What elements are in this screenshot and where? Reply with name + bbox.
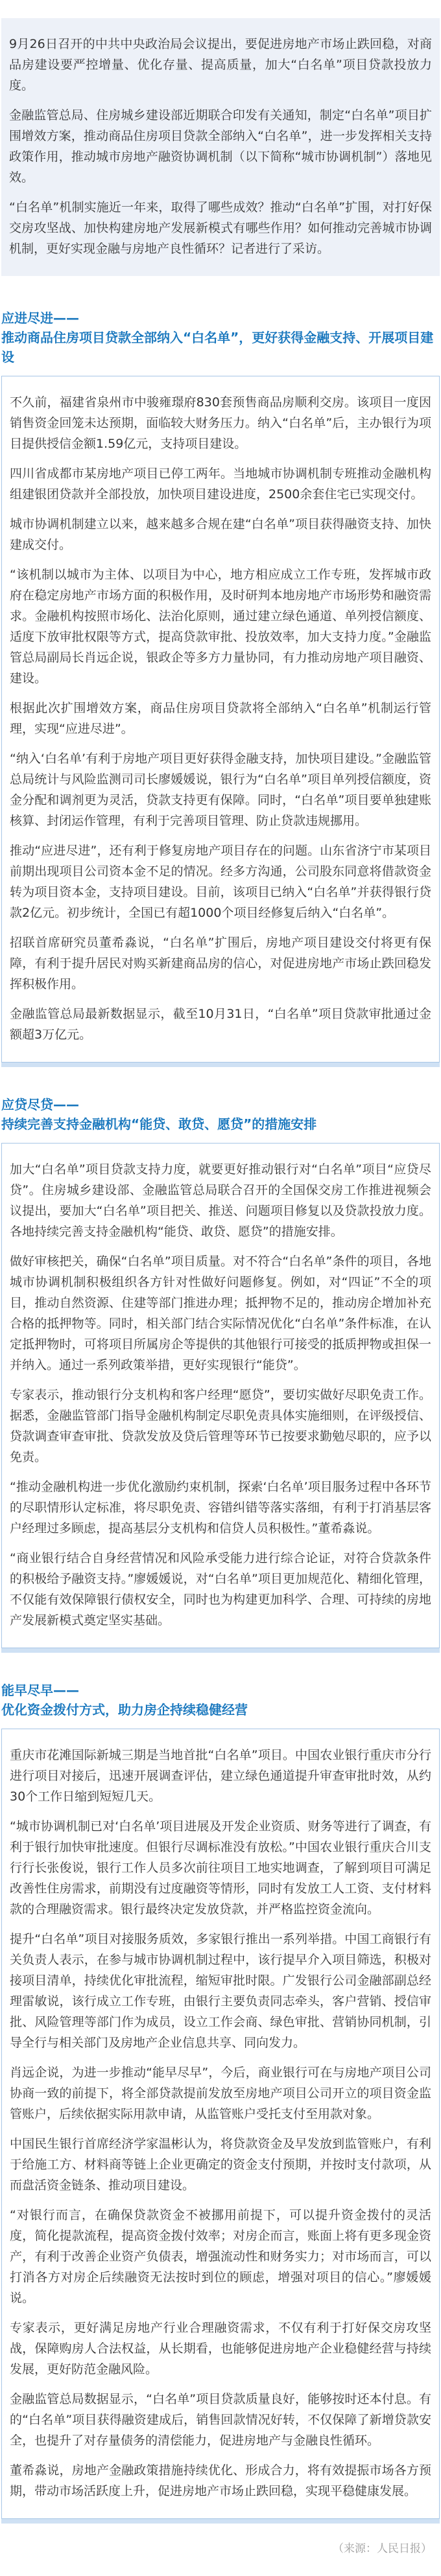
paragraph: 专家表示，推动银行分支机构和客户经理“愿贷”，要切实做好尽职免责工作。据悉，金融… [10,1385,431,1467]
paragraph: “纳入‘白名单’有利于房地产项目更好获得金融支持，加快项目建设。”金融监管总局统… [10,748,431,831]
paragraph: 推动“应进尽进”，还有利于修复房地产项目存在的问题。山东省济宁市某项目前期出现项… [10,840,431,923]
section-label: 应进尽进—— [1,308,440,328]
section-subtitle: 推动商品住房项目贷款全部纳入“白名单”，更好获得金融支持、开展项目建设 [1,328,440,367]
paragraph: “推动金融机构进一步优化激励约束机制，探索‘白名单’项目服务过程中各环节的尽职情… [10,1477,431,1539]
paragraph: 四川省成都市某房地产项目已停工两年。当地城市协调机制专班推动金融机构组建银团贷款… [10,463,431,505]
paragraph: 城市协调机制建立以来，越来越多合规在建“白名单”项目获得融资支持、加快建成交付。 [10,514,431,555]
section-nengzao: 能早尽早—— 优化资金拨付方式，助力房企持续稳健经营 重庆市花滩国际新城三期是当… [0,1681,441,2519]
source-credit: （来源：人民日报） [9,2541,432,2557]
section-label: 能早尽早—— [1,1681,440,1700]
paragraph: 金融监管总局、住房城乡建设部近期联合印发有关通知，制定“白名单”项目扩围增效方案… [9,105,432,188]
section-header: 能早尽早—— 优化资金拨付方式，助力房企持续稳健经营 [1,1681,440,1719]
article-page: 9月26日召开的中共中央政治局会议提出，要促进房地产市场止跌回稳，对商品房建设要… [0,0,441,2576]
section-yingjin: 应进尽进—— 推动商品住房项目贷款全部纳入“白名单”，更好获得金融支持、开展项目… [0,308,441,1063]
section-box: 不久前，福建省泉州市中骏雍璟府830套预售商品房顺利交房。该项目一度因销售资金回… [1,376,440,1063]
paragraph: 专家表示，更好满足房地产行业合理融资需求，不仅有利于打好保交房攻坚战，保障购房人… [10,2317,431,2380]
paragraph: 加大“白名单”项目贷款支持力度，就要更好推动银行对“白名单”项目“应贷尽贷”。住… [10,1159,431,1242]
section-box: 加大“白名单”项目贷款支持力度，就要更好推动银行对“白名单”项目“应贷尽贷”。住… [1,1143,440,1648]
intro-block: 9月26日召开的中共中央政治局会议提出，要促进房地产市场止跌回稳，对商品房建设要… [1,18,440,276]
section-header: 应进尽进—— 推动商品住房项目贷款全部纳入“白名单”，更好获得金融支持、开展项目… [1,308,440,367]
paragraph: 金融监管总局最新数据显示，截至10月31日，“白名单”项目贷款审批通过金额超3万… [10,1004,431,1045]
section-label: 应贷尽贷—— [1,1095,440,1114]
section-subtitle: 持续完善支持金融机构“能贷、敢贷、愿贷”的措施安排 [1,1114,440,1134]
paragraph: 不久前，福建省泉州市中骏雍璟府830套预售商品房顺利交房。该项目一度因销售资金回… [10,392,431,454]
paragraph: 根据此次扩围增效方案，商品住房项目贷款将全部纳入“白名单”机制运行管理，实现“应… [10,698,431,739]
section-header: 应贷尽贷—— 持续完善支持金融机构“能贷、敢贷、愿贷”的措施安排 [1,1095,440,1134]
paragraph: 做好审核把关，确保“白名单”项目质量。对不符合“白名单”条件的项目，各地城市协调… [10,1251,431,1375]
section-yingdai: 应贷尽贷—— 持续完善支持金融机构“能贷、敢贷、愿贷”的措施安排 加大“白名单”… [0,1095,441,1648]
paragraph: “该机制以城市为主体、以项目为中心，地方相应成立工作专班，发挥城市政府在稳定房地… [10,564,431,689]
paragraph: 中国民生银行首席经济学家温彬认为，将贷款资金及早发放到监管账户，有利于给施工方、… [10,2133,431,2196]
section-box: 重庆市花滩国际新城三期是当地首批“白名单”项目。中国农业银行重庆市分行进行项目对… [1,1729,440,2519]
paragraph: 9月26日召开的中共中央政治局会议提出，要促进房地产市场止跌回稳，对商品房建设要… [9,34,432,96]
paragraph: “商业银行结合自身经营情况和风险承受能力进行综合论证，对符合贷款条件的积极给予融… [10,1548,431,1631]
paragraph: 董希淼说，房地产金融政策措施持续优化、形成合力，将有效提振市场各方预期，带动市场… [10,2460,431,2501]
paragraph: “对银行而言，在确保贷款资金不被挪用前提下，可以提升资金拨付的灵活度，简化提款流… [10,2205,431,2308]
paragraph: 金融监管总局数据显示，“白名单”项目贷款质量良好，能够按时还本付息。有的“白名单… [10,2389,431,2451]
paragraph: “城市协调机制已对‘白名单’项目进展及开发企业资质、财务等进行了调查，有利于银行… [10,1816,431,1920]
paragraph: “白名单”机制实施近一年来，取得了哪些成效？推动“白名单”扩围，对打好保交房攻坚… [9,197,432,259]
paragraph: 肖远企说，为进一步推动“能早尽早”，今后，商业银行可在与房地产项目公司协商一致的… [10,2062,431,2124]
paragraph: 重庆市花滩国际新城三期是当地首批“白名单”项目。中国农业银行重庆市分行进行项目对… [10,1745,431,1807]
section-subtitle: 优化资金拨付方式，助力房企持续稳健经营 [1,1700,440,1719]
paragraph: 招联首席研究员董希淼说，“白名单”扩围后，房地产项目建设交付将更有保障，有利于提… [10,932,431,995]
paragraph: 提升“白名单”项目对接服务质效，多家银行推出一系列举措。中国工商银行有关负责人表… [10,1929,431,2053]
